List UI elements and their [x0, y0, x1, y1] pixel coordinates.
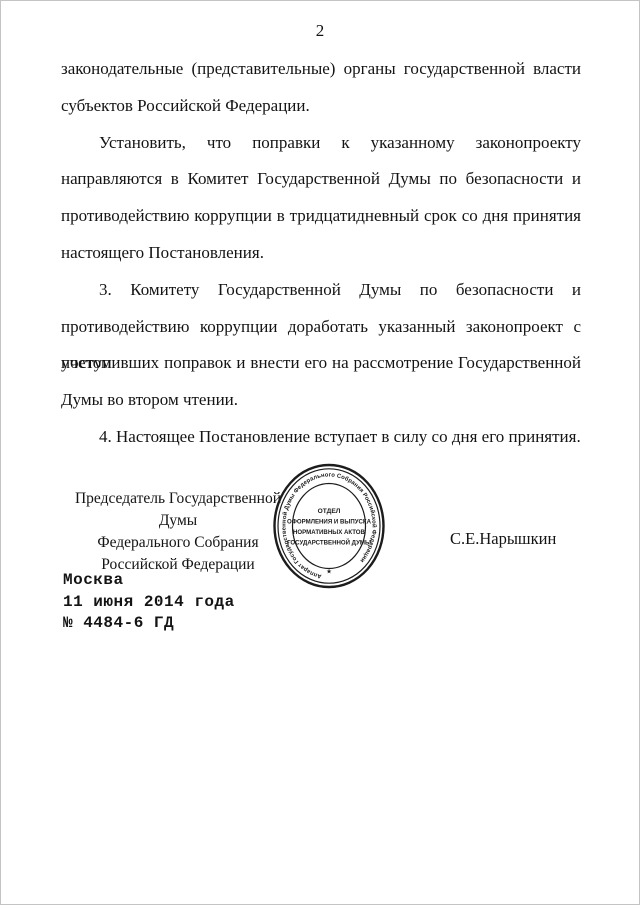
text-line: направляются в Комитет Государственной Д… [61, 161, 581, 198]
footer-date: 11 июня 2014 года [63, 592, 235, 614]
stamp-center-text: ОТДЕЛ [318, 508, 341, 515]
svg-text:Аппарат Государственной Думы Ф: Аппарат Государственной Думы Федеральног… [281, 472, 377, 578]
footer-block: Москва 11 июня 2014 года № 4484-6 ГД [63, 570, 235, 635]
stamp-center-text: ОФОРМЛЕНИЯ И ВЫПУСКА [287, 519, 372, 526]
text-line: 3. Комитету Государственной Думы по безо… [61, 272, 581, 309]
official-stamp: Аппарат Государственной Думы Федеральног… [271, 462, 387, 590]
footer-number: № 4484-6 ГД [63, 613, 235, 635]
text-line: противодействию коррупции в тридцатиднев… [61, 198, 581, 235]
text-line: 4. Настоящее Постановление вступает в си… [61, 419, 581, 456]
paragraph: Установить, что поправки к указанному за… [61, 125, 581, 272]
paragraph: законодательные (представительные) орган… [61, 51, 581, 125]
stamp-star-icon: ★ [326, 568, 332, 576]
text-line: противодействию коррупции доработать ука… [61, 309, 581, 346]
text-line: Установить, что поправки к указанному за… [61, 125, 581, 162]
stamp-seal-icon: Аппарат Государственной Думы Федеральног… [271, 462, 387, 590]
text-line: поступивших поправок и внести его на рас… [61, 345, 581, 382]
text-line: законодательные (представительные) орган… [61, 51, 581, 88]
page-number: 2 [1, 21, 639, 41]
signature-title-line: Федерального Собрания [63, 532, 293, 554]
text-line: субъектов Российской Федерации. [61, 88, 581, 125]
document-body: законодательные (представительные) орган… [61, 51, 581, 456]
stamp-center-text: ГОСУДАРСТВЕННОЙ ДУМЫ [287, 539, 371, 547]
paragraph: 3. Комитету Государственной Думы по безо… [61, 272, 581, 419]
signature-title-line: Председатель Государственной Думы [63, 488, 293, 532]
stamp-center-text: НОРМАТИВНЫХ АКТОВ [293, 529, 366, 536]
stamp-ring-text: Аппарат Государственной Думы Федеральног… [281, 472, 377, 578]
text-line: настоящего Постановления. [61, 235, 581, 272]
signature-name: С.Е.Нарышкин [450, 529, 556, 549]
document-page: 2 законодательные (представительные) орг… [0, 0, 640, 905]
signature-title: Председатель Государственной Думы Федера… [63, 488, 293, 576]
footer-city: Москва [63, 570, 235, 592]
paragraph: 4. Настоящее Постановление вступает в си… [61, 419, 581, 456]
text-line: Думы во втором чтении. [61, 382, 581, 419]
